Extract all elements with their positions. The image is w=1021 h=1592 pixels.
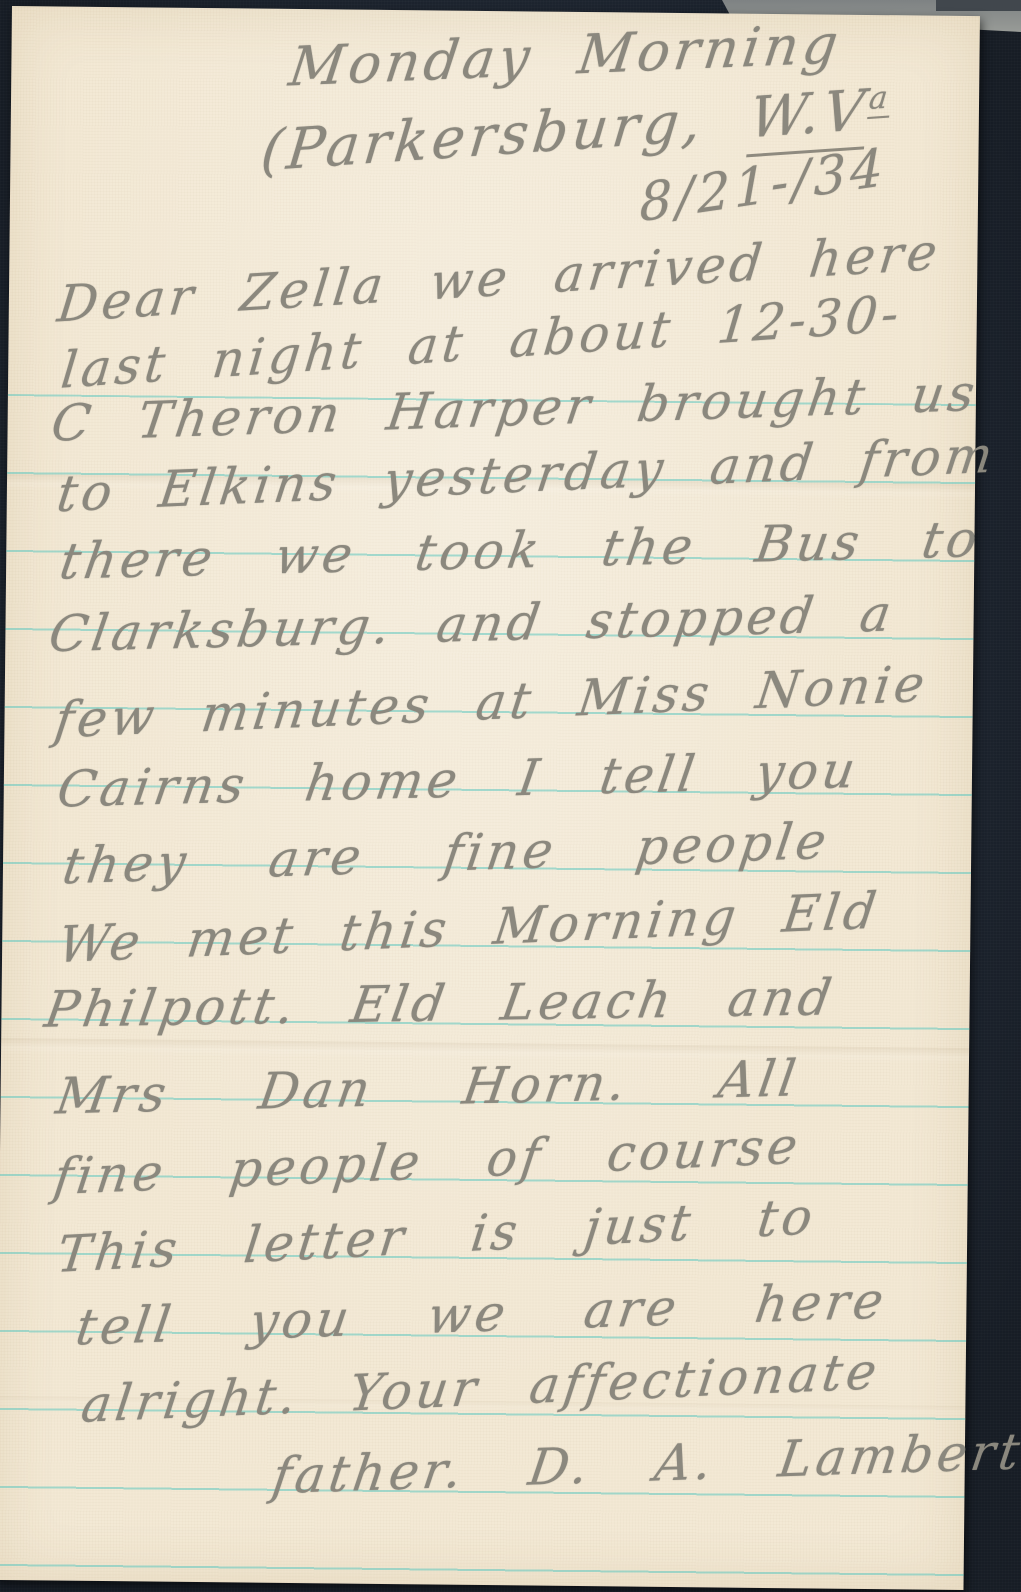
gray-table-edge-shadow — [936, 0, 1021, 11]
place-superscript: a — [867, 80, 893, 120]
letter-page: Monday Morning (Parkersburg, W.Va 8/21-/… — [0, 6, 980, 1590]
letter-photo: Monday Morning (Parkersburg, W.Va 8/21-/… — [0, 0, 1021, 1592]
